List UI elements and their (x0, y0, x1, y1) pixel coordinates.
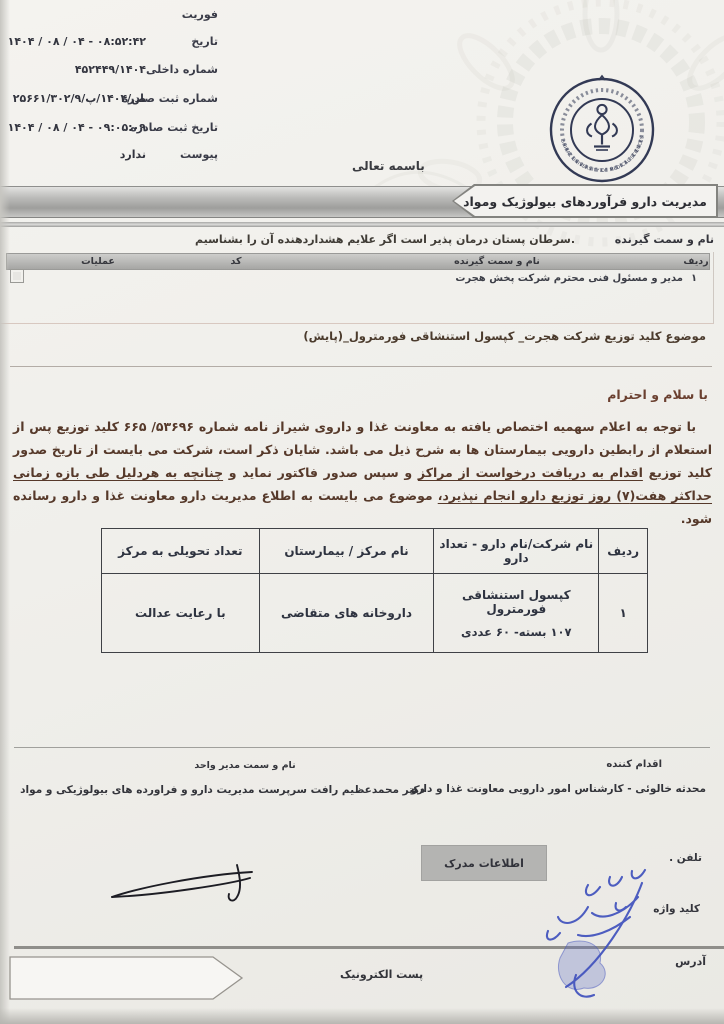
distribution-data-row: ۱ کپسول استنشاقی فورمترول ۱۰۷ بسته- ۶۰ ع… (102, 574, 648, 653)
distribution-header-row: ردیف نام شرکت/نام دارو - تعداد دارو نام … (102, 529, 648, 574)
body-text-start: با توجه به اعلام سهمیه اختصاص یافته به م… (194, 419, 696, 434)
recipient-row-index: ۱ (683, 273, 705, 284)
recipient-table-header: ردیف نام و سمت گیرنده کد عملیات (6, 253, 710, 270)
subject-line: موضوع کلید توزیع شرکت هجرت_ کپسول استنشا… (303, 329, 706, 343)
drug-quantity: ۱۰۷ بسته- ۶۰ عددی (436, 625, 596, 639)
recipient-table: ردیف نام و سمت گیرنده کد عملیات ۱ مدیر و… (0, 252, 714, 324)
bismillah-text: باسمه تعالی (352, 159, 425, 173)
date-value: ۱۴۰۴ / ۰۸ / ۰۴ - ۰۸:۵۲:۴۲ (8, 35, 146, 48)
dist-header-drug: نام شرکت/نام دارو - تعداد دارو (434, 529, 599, 574)
distribution-table: ردیف نام شرکت/نام دارو - تعداد دارو نام … (101, 528, 648, 653)
email-label: پست الکترونیک (340, 968, 423, 981)
outgoing-date-value: ۱۴۰۴ / ۰۸ / ۰۴ - ۰۹:۰۵:۰۹ (8, 121, 146, 134)
outgoing-number-value: ۲۵۶۶۱/۳۰۲/۹/پ/۱۴۰۴/ص (13, 92, 146, 105)
blue-handwritten-note (530, 855, 690, 1005)
dist-cell-index: ۱ (599, 574, 648, 653)
recipient-header-actions: عملیات (35, 256, 161, 267)
university-logo: SHIRAZ UNIVERSITY OF MEDICAL SCIENCES (544, 72, 660, 190)
divider-rule (10, 366, 712, 367)
dist-cell-delivered: با رعایت عدالت (102, 574, 260, 653)
recipient-header-name: نام و سمت گیرنده (311, 256, 683, 267)
actor-label: اقدام کننده (606, 759, 662, 770)
meta-row-attachment: پیوست ندارد (18, 148, 218, 164)
health-slogan: سرطان پستان درمان پذیر است اگر علایم هشد… (170, 233, 600, 246)
date-label: تاریخ (191, 35, 218, 48)
actor-name: محدثه خالوئی - کارشناس امور دارویی معاون… (411, 783, 706, 795)
watermark-ornament (300, 0, 724, 260)
urgency-label: فوریت (182, 8, 218, 21)
manager-signature-stroke (100, 855, 270, 915)
email-arrow-shape (8, 953, 252, 1003)
body-text-mid2: و سپس صدور فاکتور نماید و (223, 465, 418, 480)
dist-cell-center: داروخانه های متقاضی (259, 574, 434, 653)
dist-header-index: ردیف (599, 529, 648, 574)
dist-cell-drug: کپسول استنشاقی فورمترول ۱۰۷ بسته- ۶۰ عدد… (434, 574, 599, 653)
department-title: مدیریت دارو فرآوردهای بیولوژیک ومواد (463, 194, 707, 209)
meta-row-internal-number: شماره داخلی ۴۵۲۴۴۹/۱۴۰۴ (18, 63, 218, 79)
manager-label: نام و سمت مدیر واحد (150, 760, 340, 771)
reference-number: ۶۶۵ /۵۳۶۹۶ (124, 419, 194, 434)
meta-row-outgoing-number: شماره ثبت صادره ۲۵۶۶۱/۳۰۲/۹/پ/۱۴۰۴/ص (18, 92, 218, 108)
letter-body: با توجه به اعلام سهمیه اختصاص یافته به م… (13, 415, 712, 530)
recipient-row-name: مدیر و مسئول فنی محترم شرکت پخش هجرت (455, 273, 683, 284)
recipient-row: ۱ مدیر و مسئول فنی محترم شرکت پخش هجرت (455, 273, 705, 284)
meta-row-urgency: فوریت (18, 8, 218, 24)
recipient-header-code: کد (161, 256, 311, 267)
meta-row-date: تاریخ ۱۴۰۴ / ۰۸ / ۰۴ - ۰۸:۵۲:۴۲ (18, 35, 218, 51)
signature-divider-rule (14, 747, 710, 748)
recipient-section-label: نام و سمت گیرنده (615, 233, 714, 246)
salutation: با سلام و احترام (607, 387, 708, 402)
banner-underline-rule (0, 222, 724, 227)
attachment-label: پیوست (180, 148, 218, 161)
page-left-edge-shadow (0, 0, 10, 1024)
dist-header-delivered: تعداد تحویلی به مرکز (102, 529, 260, 574)
meta-row-outgoing-date: تاریخ ثبت صادره ۱۴۰۴ / ۰۸ / ۰۴ - ۰۹:۰۵:۰… (18, 121, 218, 137)
doc-info-box[interactable]: اطلاعات مدرک (421, 845, 547, 881)
attachment-value: ندارد (120, 148, 146, 161)
scanned-letter-page: فوریت تاریخ ۱۴۰۴ / ۰۸ / ۰۴ - ۰۸:۵۲:۴۲ شم… (0, 0, 724, 1024)
internal-number-label: شماره داخلی (146, 63, 218, 76)
manager-name: دکتر محمدعظیم رافت سرپرست مدیریت دارو و … (55, 784, 425, 796)
dist-header-center: نام مرکز / بیمارستان (259, 529, 434, 574)
underlined-phrase-1: اقدام به دریافت درخواست از مراکز (418, 465, 643, 480)
internal-number-value: ۴۵۲۴۴۹/۱۴۰۴ (75, 63, 146, 76)
page-bottom-edge-shadow (0, 1008, 724, 1024)
department-banner-tab: مدیریت دارو فرآوردهای بیولوژیک ومواد (452, 184, 718, 218)
document-action-icon[interactable] (10, 269, 24, 283)
drug-name: کپسول استنشاقی فورمترول (462, 588, 571, 616)
recipient-header-index: ردیف (683, 256, 709, 267)
